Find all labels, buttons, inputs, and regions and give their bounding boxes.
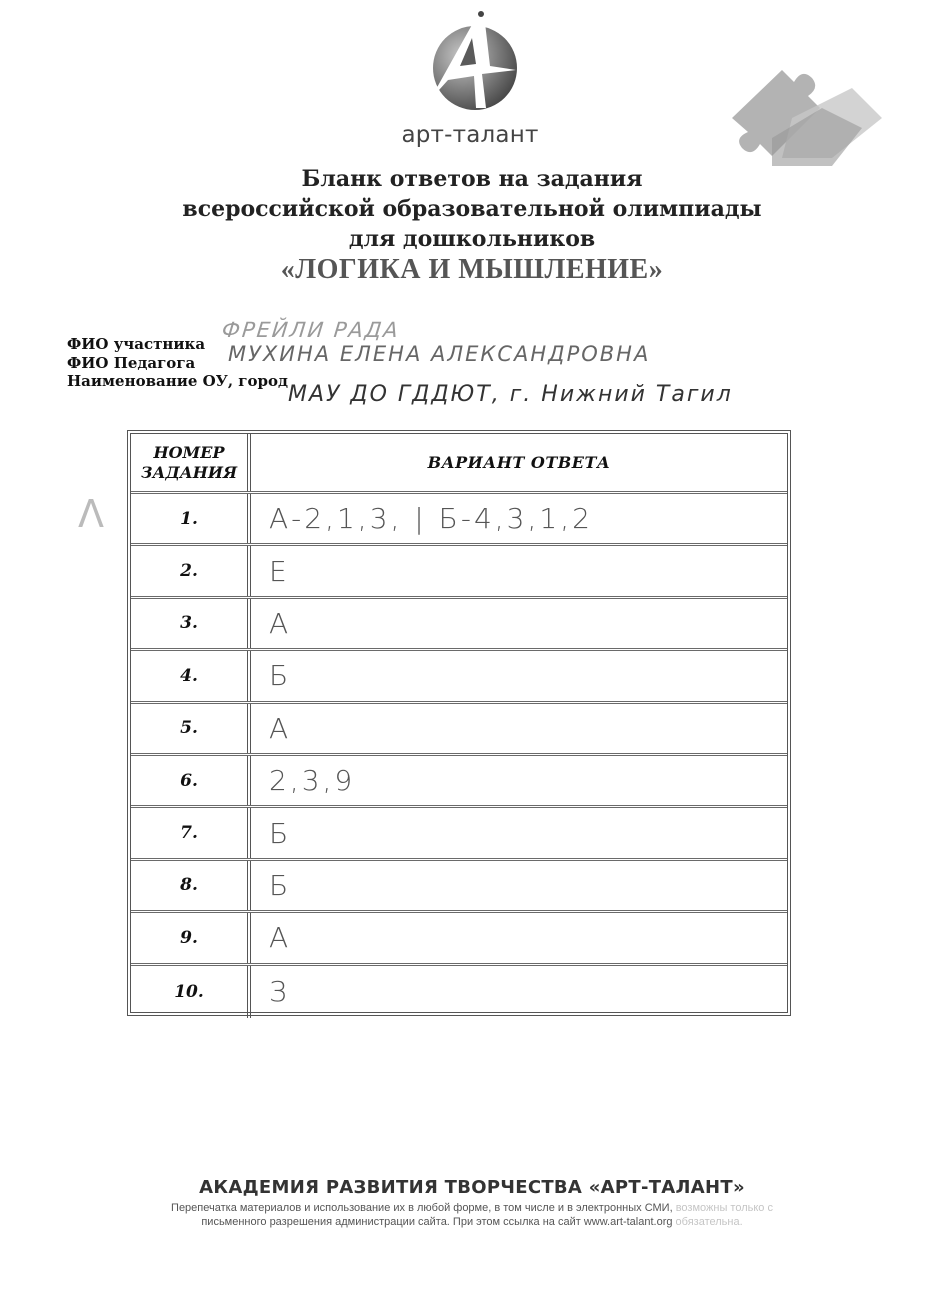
table-header: НОМЕР ЗАДАНИЯ ВАРИАНТ ОТВЕТА: [131, 434, 787, 494]
footer-line-2-faded: обязательна.: [676, 1216, 743, 1228]
table-row: 9.А: [131, 913, 787, 965]
art-talant-logo-icon: [420, 8, 530, 118]
table-row: 5.А: [131, 704, 787, 756]
participant-label: ФИО участника: [67, 335, 205, 353]
task-number: 4.: [131, 651, 251, 700]
table-row: 7.Б: [131, 808, 787, 860]
grader-mark: Λ: [78, 492, 104, 536]
table-row: 10.З: [131, 966, 787, 1018]
task-number: 2.: [131, 546, 251, 595]
footer-organization: АКАДЕМИЯ РАЗВИТИЯ ТВОРЧЕСТВА «АРТ-ТАЛАНТ…: [0, 1177, 944, 1198]
header-answer: ВАРИАНТ ОТВЕТА: [251, 434, 787, 491]
participant-value: Фрейли Рада: [221, 318, 401, 342]
task-number: 5.: [131, 704, 251, 753]
teacher-value: Мухина Елена Александровна: [228, 342, 650, 366]
title-line-1: Бланк ответов на задания: [0, 166, 944, 192]
header-task-number-line-1: НОМЕР: [154, 443, 225, 463]
table-row: 4.Б: [131, 651, 787, 703]
teacher-label: ФИО Педагога: [67, 354, 195, 372]
table-row: 2.Е: [131, 546, 787, 598]
title-line-3: для дошкольников: [0, 226, 944, 252]
answer-value: А: [251, 704, 787, 753]
table-row: 6.2,3,9: [131, 756, 787, 808]
footer-copyright-line-2: письменного разрешения администрации сай…: [60, 1216, 884, 1228]
answer-value: Б: [251, 808, 787, 857]
task-number: 3.: [131, 599, 251, 648]
task-number: 1.: [131, 494, 251, 543]
answer-value: А: [251, 913, 787, 962]
task-number: 10.: [131, 966, 251, 1018]
footer-line-1-faded: возможны только с: [676, 1202, 773, 1214]
task-number: 8.: [131, 861, 251, 910]
footer-line-1-text: Перепечатка материалов и использование и…: [171, 1202, 676, 1214]
answer-value: 2,3,9: [251, 756, 787, 805]
answer-value: З: [251, 966, 787, 1018]
organization-value: МАУ ДО ГДДЮТ, г. Нижний Тагил: [288, 382, 733, 407]
table-row: 1.А-2,1,3, | Б-4,3,1,2: [131, 494, 787, 546]
answer-value: Е: [251, 546, 787, 595]
olympiad-name: «ЛОГИКА И МЫШЛЕНИЕ»: [0, 254, 944, 286]
table-row: 8.Б: [131, 861, 787, 913]
header-task-number: НОМЕР ЗАДАНИЯ: [131, 434, 251, 491]
task-number: 6.: [131, 756, 251, 805]
answer-value: А: [251, 599, 787, 648]
answer-table: НОМЕР ЗАДАНИЯ ВАРИАНТ ОТВЕТА 1.А-2,1,3, …: [127, 430, 791, 1016]
answer-value: А-2,1,3, | Б-4,3,1,2: [251, 494, 787, 543]
organization-label: Наименование ОУ, город: [67, 372, 288, 390]
answer-value: Б: [251, 651, 787, 700]
footer-copyright-line-1: Перепечатка материалов и использование и…: [60, 1202, 884, 1214]
task-number: 7.: [131, 808, 251, 857]
answer-value: Б: [251, 861, 787, 910]
task-number: 9.: [131, 913, 251, 962]
logo-text: арт-талант: [370, 122, 570, 148]
table-row: 3.А: [131, 599, 787, 651]
footer-line-2-text: письменного разрешения администрации сай…: [201, 1216, 675, 1228]
header-task-number-line-2: ЗАДАНИЯ: [141, 463, 237, 483]
title-line-2: всероссийской образовательной олимпиады: [0, 196, 944, 222]
